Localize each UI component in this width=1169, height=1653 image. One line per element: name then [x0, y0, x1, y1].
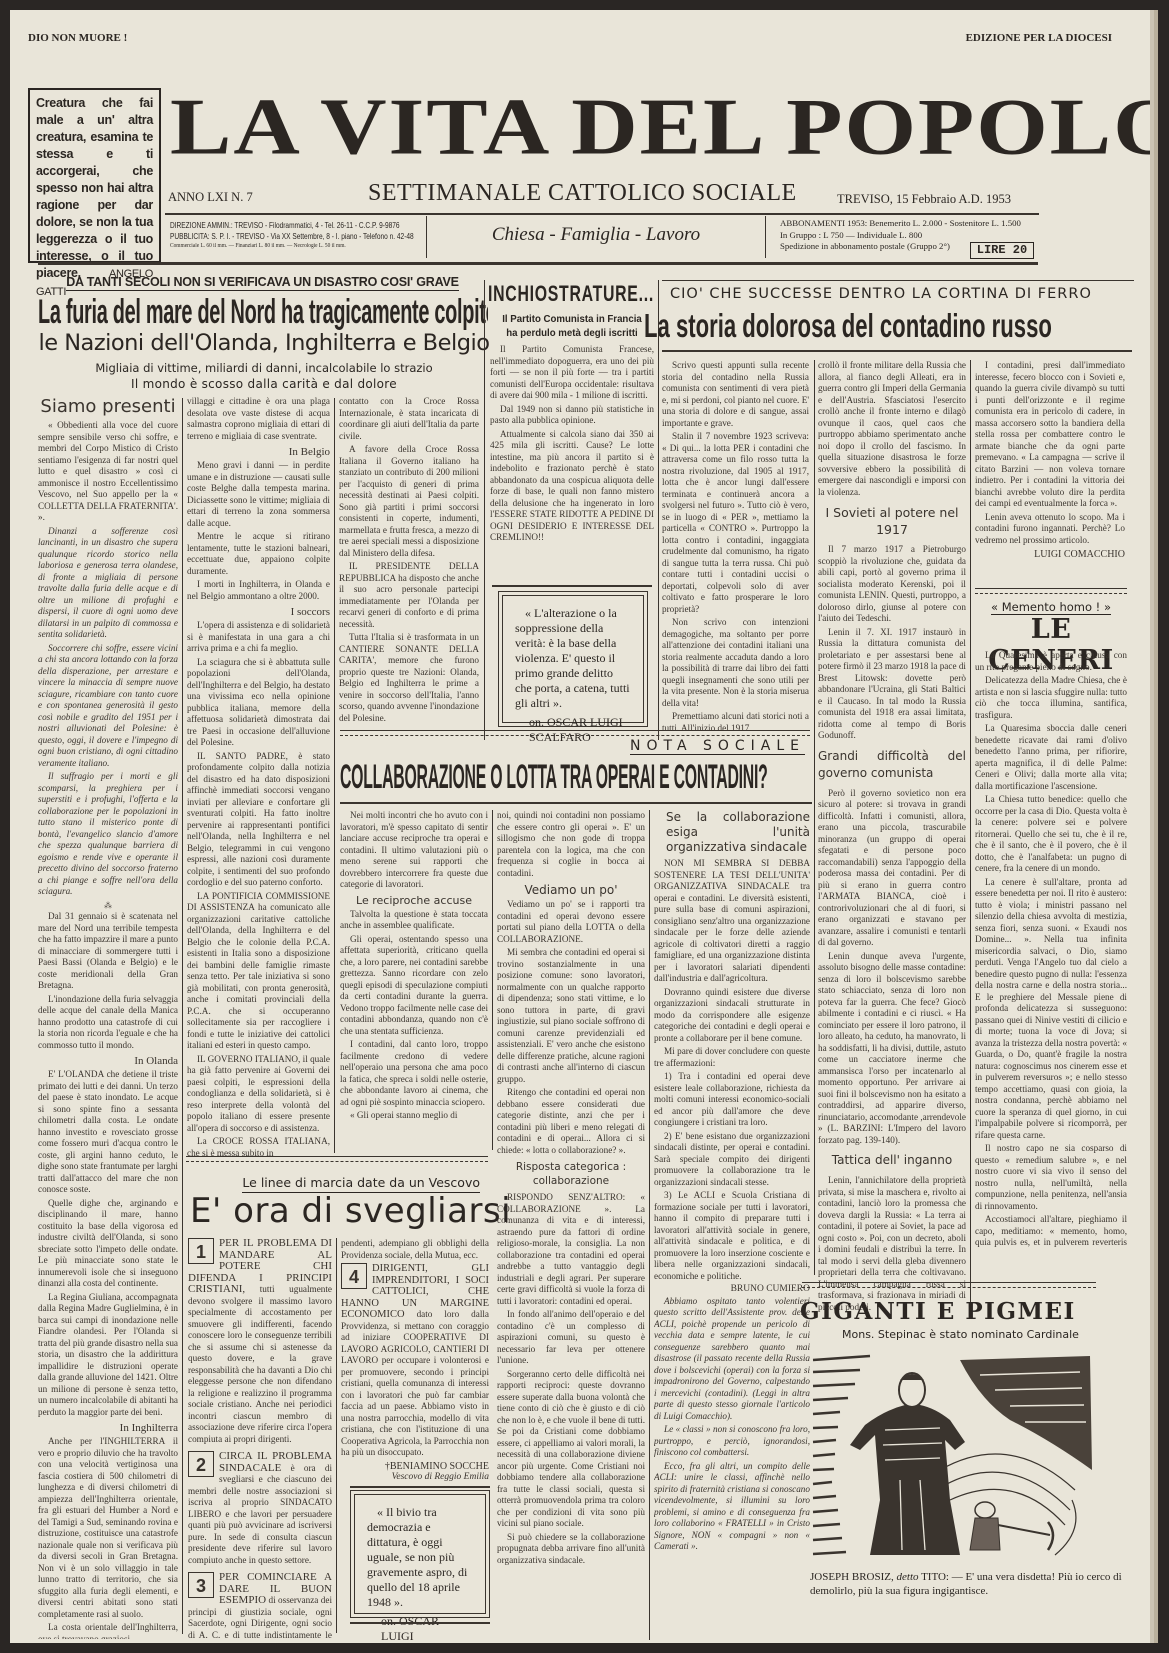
- masthead-quote-box: Creatura che fai male a un' altra creatu…: [28, 88, 161, 263]
- lead-deck1: Migliaia di vittime, miliardi di danni, …: [38, 361, 490, 375]
- subs-rates: ABBONAMENTI 1953: Benemerito L. 2.000 - …: [780, 218, 1050, 230]
- author-title: Vescovo di Reggio Emilia: [341, 1472, 489, 1484]
- paragraph: L'opera di assistenza e di solidarietà s…: [187, 620, 330, 655]
- subs-group: In Gruppo : L 750 — Individuale L. 800: [780, 230, 1050, 242]
- subhead-tattica: Tattica dell' inganno: [818, 1152, 966, 1169]
- dateline: TREVISO, 15 Febbraio A.D. 1953: [837, 192, 1011, 207]
- cartoon-subhead: Mons. Stepinac è stato nominato Cardinal…: [842, 1328, 1079, 1341]
- lead-headline-line2: le Nazioni dell'Olanda, Inghilterra e Be…: [38, 330, 490, 356]
- paragraph: Delicatezza della Madre Chiesa, che è ar…: [975, 675, 1127, 721]
- paragraph: La sciagura che si è abbattuta sulle pop…: [187, 657, 330, 749]
- ad-rates: Commerciale L. 60 il mm. — Finanziari L.…: [170, 242, 400, 251]
- paragraph: La Chiesa tutto benedice: quello che occ…: [975, 794, 1127, 875]
- motto-left: DIO NON MUORE !: [28, 32, 127, 44]
- caption-italic: detto: [897, 1571, 919, 1583]
- caption-name: JOSEPH BROSIZ,: [810, 1571, 894, 1583]
- section-title-siamo-presenti: Siamo presenti: [38, 394, 178, 420]
- collaborazione-headline-text: COLLABORAZIONE O LOTTA TRA OPERAI E CONT…: [340, 756, 812, 798]
- lead-column-3: contatto con la Croce Rossa Internaziona…: [339, 396, 479, 736]
- paragraph: Dinanzi a sofferenze così lancinanti, in…: [38, 526, 178, 641]
- paragraph: villaggi e cittadine è ora una plaga des…: [187, 396, 330, 442]
- paragraph: Tutta l'Italia si è trasformata in un CA…: [339, 632, 479, 724]
- admin-address: DIREZIONE AMMIN.: TREVISO - Filodrammati…: [170, 220, 379, 231]
- paragraph: Il 7 marzo 1917 a Pietroburgo scoppiò la…: [818, 544, 966, 625]
- paragraph: Il Partito Comunista Francese, nell'imme…: [490, 344, 654, 402]
- lead-column-2: villaggi e cittadine è ora una plaga des…: [187, 396, 330, 1156]
- cartoon-caption: JOSEPH BROSIZ, detto TITO: — E' una vera…: [810, 1570, 1128, 1598]
- paragraph: Mi sembra che contadini ed operai si tro…: [497, 947, 645, 1085]
- paragraph: Vediamo un po' se i rapporti tra contadi…: [497, 899, 645, 945]
- separator-stars: ⁂: [38, 900, 178, 912]
- paragraph: Il suffragio per i morti e gli scomparsi…: [38, 771, 178, 898]
- advertising-address: PUBBLICITA: S. P. I. - TREVISO - Via XX …: [170, 231, 379, 242]
- paragraph: Il nostro capo ne sia cosparso di questo…: [975, 1143, 1127, 1212]
- point-text: è ora di svegliarsi e che ciascuno dei m…: [188, 1463, 332, 1565]
- paragraph: Attualmente si calcola siano dai 350 ai …: [490, 429, 654, 544]
- paragraph: Dal 1949 non si danno più statistiche in…: [490, 404, 654, 427]
- inchiostrature-subhead: Il Partito Comunista in Francia ha perdu…: [497, 312, 648, 340]
- collaborazione-column-3: Se la collaborazione esiga l'unità organ…: [654, 810, 810, 1643]
- subhead-unita: Se la collaborazione esiga l'unità organ…: [654, 810, 810, 855]
- paragraph: Premettiamo alcuni dati storici noti a t…: [662, 711, 809, 730]
- paragraph: Gli operai, ostentando spesso una affett…: [340, 934, 488, 1038]
- paragraph: Accostiamoci all'altare, pieghiamo il ca…: [975, 1214, 1127, 1250]
- paragraph: IL SANTO PADRE, è stato profondamente co…: [187, 751, 330, 889]
- paragraph: Lenin dunque aveva l'urgente, assoluto b…: [818, 951, 966, 1147]
- point-1: 1 PER IL PROBLEMA DI MANDARE AL POTERE C…: [188, 1238, 332, 1445]
- paragraph: La Quaresima è aperta e chiusa con un ri…: [975, 650, 1127, 673]
- russia-headline: La storia dolorosa del contadino russo: [644, 306, 1124, 346]
- inchiostrature-title: INCHIOSTRATURE...: [488, 280, 658, 308]
- paragraph: I morti in Inghilterra, in Olanda e nel …: [187, 579, 330, 602]
- inchiostrature-body: Il Partito Comunista Francese, nell'imme…: [490, 344, 654, 554]
- subhead-soccorsi: I soccors: [187, 604, 330, 620]
- paragraph: La Quaresima sboccia dalle ceneri benede…: [975, 723, 1127, 792]
- paragraph: Le « classi » non si conoscono fra loro,…: [654, 1424, 810, 1459]
- paragraph: Nei molti incontri che ho avuto con i la…: [340, 810, 488, 891]
- cardinal-and-tito-cartoon-icon: [810, 1350, 1095, 1565]
- paragraph: Soccorrere chi soffre, essere vicini a c…: [38, 643, 178, 770]
- point-number: 4: [341, 1263, 367, 1289]
- paragraph: La CROCE ROSSA ITALIANA, che si è messa …: [187, 1136, 330, 1156]
- point-number: 3: [188, 1572, 214, 1598]
- paragraph: I contadini, presi dall'immediato intere…: [975, 360, 1125, 510]
- russia-headline-text: La storia dolorosa del contadino russo: [644, 306, 1124, 346]
- cartoon-illustration: [810, 1350, 1095, 1565]
- paragraph: 1) Tra i contadini ed operai deve esiste…: [654, 1071, 810, 1129]
- author-cumiero: BRUNO CUMIERO: [654, 1284, 810, 1296]
- paragraph: Sorgeranno certo delle difficoltà nei ra…: [497, 1369, 645, 1530]
- paragraph: Però il governo sovietico non era sicuro…: [818, 788, 966, 949]
- paragraph: In fondo all'animo dell'operaio e del co…: [497, 1309, 645, 1367]
- quote-text: « L'alterazione o la soppressione della …: [515, 606, 631, 711]
- paragraph: contatto con la Croce Rossa Internaziona…: [339, 396, 479, 442]
- paragraph: I contadini, dal canto loro, troppo faci…: [340, 1039, 488, 1108]
- collaborazione-column-1: Nei molti incontri che ho avuto con i la…: [340, 810, 488, 1155]
- paragraph: E' L'OLANDA che detiene il triste primat…: [38, 1069, 178, 1196]
- motto-center: Chiesa - Famiglia - Lavoro: [428, 224, 764, 246]
- paragraph: Talvolta la questione è stata toccata an…: [340, 909, 488, 932]
- newspaper-page: DIO NON MUORE ! EDIZIONE PER LA DIOCESI …: [10, 10, 1150, 1643]
- paragraph: A favore della Croce Rossa Italiana il G…: [339, 444, 479, 559]
- svegliarsi-column-1: 1 PER IL PROBLEMA DI MANDARE AL POTERE C…: [188, 1238, 332, 1638]
- russia-column-2: crollò il fronte militare della Russia c…: [818, 360, 966, 1370]
- quote-author: on. OSCAR LUIGI: [515, 715, 631, 730]
- paragraph: IL PRESIDENTE DELLA REPUBBLICA ha dispos…: [339, 561, 479, 630]
- point-3: 3 PER COMINCIARE A DARE IL BUON ESEMPIO …: [188, 1572, 332, 1638]
- paragraph: Lenin aveva ottenuto lo scopo. Ma i cont…: [975, 512, 1125, 547]
- russia-column-3: I contadini, presi dall'immediato intere…: [975, 360, 1125, 600]
- subhead-difficolta: Grandi difficoltà del governo comunista: [818, 748, 966, 782]
- paragraph: Mentre le acque si ritirano lentamente, …: [187, 531, 330, 577]
- subhead-sovieti: I Sovieti al potere nel 1917: [818, 504, 966, 538]
- lead-deck2: Il mondo è scosso dalla carità e dal dol…: [38, 377, 490, 391]
- paragraph: Quelle dighe che, arginando e disciplina…: [38, 1198, 178, 1290]
- point-number: 2: [188, 1451, 214, 1477]
- lead-column-1: Siamo presenti « Obbedienti alla voce de…: [38, 394, 178, 1639]
- issue-number: ANNO LXI N. 7: [168, 190, 253, 205]
- paragraph: LA PONTIFICIA COMMISSIONE DI ASSISTENZA …: [187, 891, 330, 1052]
- collaborazione-column-2: noi, quindi noi contadini non possiamo c…: [497, 810, 645, 1643]
- paragraph: Abbiamo ospitato tanto volentieri questo…: [654, 1296, 810, 1423]
- quote-author: on. OSCAR LUIGI: [367, 1614, 473, 1643]
- paragraph: Stalin il 7 novembre 1923 scriveva: « Di…: [662, 431, 809, 615]
- subhead-inghilterra: In Inghilterra: [38, 1420, 178, 1436]
- scalfaro-quote-box-2: « Il bivio tra democrazia e dittatura, è…: [354, 1494, 486, 1614]
- point-text: tutti ugualmente devono svolgere il mass…: [188, 1284, 332, 1444]
- newspaper-title: LA VITA DEL POPOLO: [170, 82, 1050, 170]
- paragraph: « Gli operai stanno meglio di: [340, 1110, 488, 1122]
- russia-kicker: CIO' CHE SUCCESSE DENTRO LA CORTINA DI F…: [670, 286, 1092, 302]
- inchiostrature-header: INCHIOSTRATURE...: [488, 280, 658, 308]
- paragraph: Si può chiedere se la collaborazione pro…: [497, 1532, 645, 1567]
- point-4: 4 DIRIGENTI, GLI IMPRENDITORI, I SOCI CA…: [341, 1263, 489, 1459]
- paragraph: Ecco, fra gli altri, un compito delle AC…: [654, 1461, 810, 1553]
- paragraph: pendenti, adempiano gli obblighi della P…: [341, 1238, 489, 1261]
- paragraph: crollò il fronte militare della Russia c…: [818, 360, 966, 498]
- nota-sociale-kicker: NOTA SOCIALE: [630, 738, 805, 755]
- lead-headline: La furia del mare del Nord ha tragicamen…: [38, 292, 488, 332]
- subhead-accuse: Le reciproche accuse: [340, 893, 488, 909]
- quote-text: Creatura che fai male a un' altra creatu…: [36, 96, 153, 280]
- paragraph: Dal 31 gennaio si è scatenata nel mare d…: [38, 911, 178, 992]
- svegliarsi-column-2: pendenti, adempiano gli obblighi della P…: [341, 1238, 489, 1498]
- lead-kicker: DA TANTI SECOLI NON SI VERIFICAVA UN DIS…: [66, 275, 459, 291]
- paragraph: Dovranno quindi esistere due diverse org…: [654, 987, 810, 1045]
- lead-headline-line1: La furia del mare del Nord ha tragicamen…: [38, 292, 488, 332]
- paragraph: Scrivo questi appunti sulla recente stor…: [662, 360, 809, 429]
- paragraph: 2) E' bene esistano due organizzazioni s…: [654, 1131, 810, 1189]
- paragraph: RISPONDO SENZ'ALTRO: « COLLABORAZIONE ».…: [497, 1192, 645, 1307]
- paragraph: NON MI SEMBRA SI DEBBA SOSTENERE LA TESI…: [654, 858, 810, 985]
- paragraph: Non scrivo con intenzioni demagogiche, m…: [662, 617, 809, 709]
- paragraph: 3) Le ACLI e Scuola Cristiana di formazi…: [654, 1190, 810, 1282]
- svegliarsi-headline: E' ora di svegliarsi: [190, 1190, 490, 1232]
- paragraph: L'inondazione della furia selvaggia dell…: [38, 994, 178, 1052]
- subtitle: SETTIMANALE CATTOLICO SOCIALE: [368, 180, 797, 207]
- paragraph: Mi pare di dover concludere con queste t…: [654, 1046, 810, 1069]
- russia-column-1: Scrivo questi appunti sulla recente stor…: [662, 360, 809, 730]
- subhead-olanda: In Olanda: [38, 1053, 178, 1069]
- point-number: 1: [188, 1238, 214, 1264]
- subhead-risposta: Risposta categorica : collaborazione: [497, 1160, 645, 1188]
- paragraph: Lenin il 7. XI. 1917 instaurò in Russia …: [818, 627, 966, 742]
- point-2: 2 CIRCA IL PROBLEMA SINDACALE è ora di s…: [188, 1451, 332, 1566]
- ceneri-kicker: « Memento homo ! »: [991, 600, 1111, 615]
- point-text: dato loro dalla Provvidenza, si mettano …: [341, 1309, 489, 1457]
- paragraph: IL GOVERNO ITALIANO, il quale ha già fat…: [187, 1054, 330, 1135]
- paragraph: noi, quindi noi contadini non possiamo c…: [497, 810, 645, 879]
- paragraph: Anche per l'INGHILTERRA il vero e propri…: [38, 1436, 178, 1620]
- collaborazione-headline: COLLABORAZIONE O LOTTA TRA OPERAI E CONT…: [340, 756, 812, 798]
- edition-label: EDIZIONE PER LA DIOCESI: [966, 32, 1112, 44]
- author-socche: †BENIAMINO SOCCHE: [341, 1461, 489, 1473]
- cartoon-headline: GIGANTI E PIGMEI: [800, 1298, 1100, 1325]
- paragraph: La costa orientale dell'Inghilterra, ove…: [38, 1622, 178, 1639]
- quote-text: « Il bivio tra democrazia e dittatura, è…: [367, 1505, 473, 1610]
- paragraph: Lenin, l'annichilatore della proprietà p…: [818, 1175, 966, 1313]
- subhead-vediamo: Vediamo un po': [497, 881, 645, 899]
- paragraph: Meno gravi i danni — in perdite umane e …: [187, 460, 330, 529]
- paragraph: Ritengo che contadini ed operai non debb…: [497, 1087, 645, 1156]
- paragraph: La Regina Giuliana, accompagnata dalla R…: [38, 1292, 178, 1419]
- paragraph: « Obbedienti alla voce del cuore sempre …: [38, 420, 178, 524]
- admin-info: DIREZIONE AMMIN.: TREVISO - Filodrammati…: [170, 220, 425, 251]
- subhead-belgio: In Belgio: [187, 444, 330, 460]
- price-box: LIRE 20: [970, 242, 1034, 259]
- paragraph: La cenere è sull'altare, pronta ad esser…: [975, 877, 1127, 1142]
- ceneri-body: La Quaresima è aperta e chiusa con un ri…: [975, 650, 1127, 1250]
- author-comacchio: LUIGI COMACCHIO: [975, 549, 1125, 561]
- scalfaro-quote-box: « L'alterazione o la soppressione della …: [502, 595, 644, 723]
